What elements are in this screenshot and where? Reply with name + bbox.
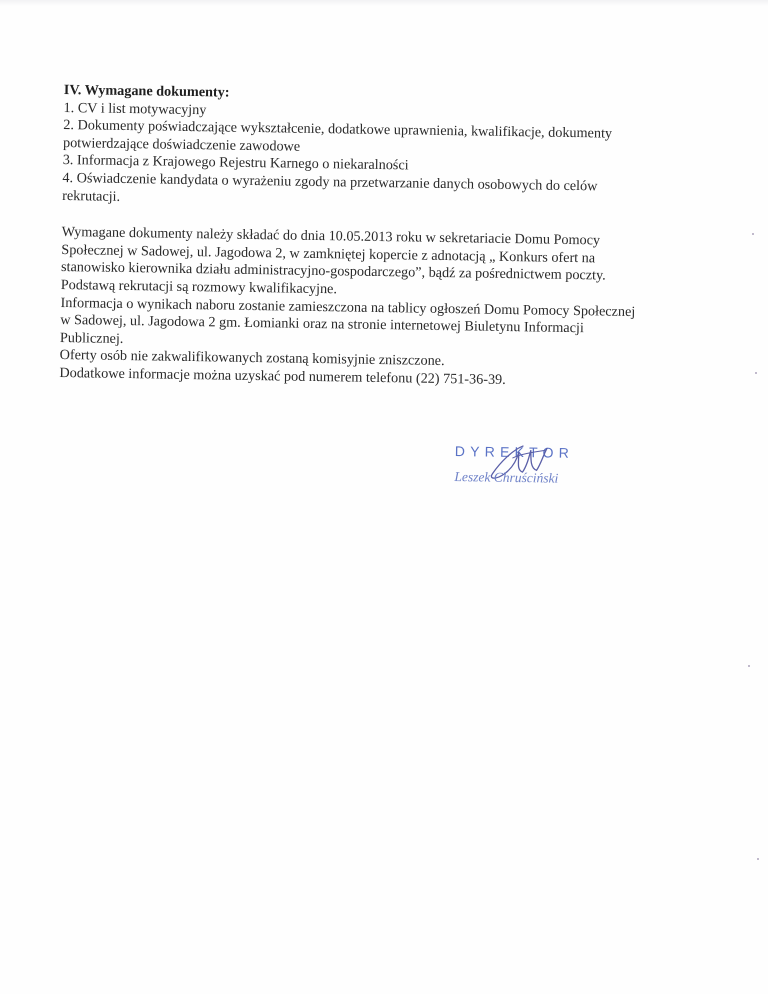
scan-speck <box>755 372 757 374</box>
scan-speck <box>757 858 759 860</box>
instructions-paragraph: Wymagane dokumenty należy składać do dni… <box>59 224 661 392</box>
director-signature-stamp: DYREKTOR Leszek Chruściński <box>454 443 625 506</box>
document-body: IV. Wymagane dokumenty: 1. CV i list mot… <box>59 82 664 392</box>
scanned-document-page: IV. Wymagane dokumenty: 1. CV i list mot… <box>0 0 768 994</box>
signature-name: Leszek Chruściński <box>454 469 558 487</box>
scan-top-edge <box>0 0 768 6</box>
required-documents-list: 1. CV i list motywacyjny 2. Dokumenty po… <box>62 100 664 215</box>
scan-speck <box>748 665 750 667</box>
scan-speck <box>752 233 754 235</box>
